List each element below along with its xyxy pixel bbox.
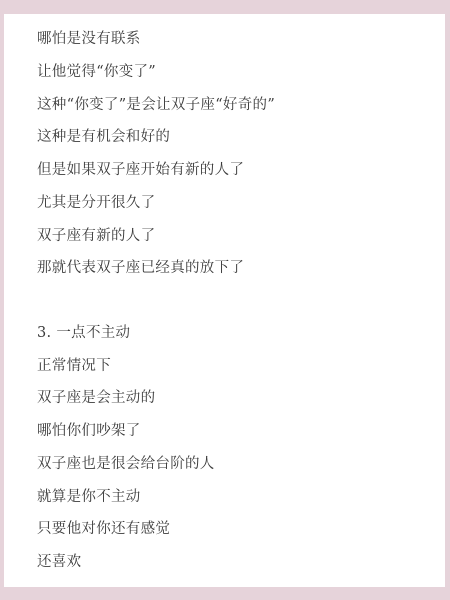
text-card: 哪怕是没有联系 让他觉得“你变了” 这种“你变了”是会让双子座“好奇的” 这种是… — [4, 14, 445, 587]
text-line: 让他觉得“你变了” — [37, 63, 156, 81]
text-line: 这种“你变了”是会让双子座“好奇的” — [37, 96, 275, 114]
text-line: 但是如果双子座开始有新的人了 — [37, 161, 244, 179]
text-line: 哪怕是没有联系 — [37, 30, 141, 48]
section-heading: 3. 一点不主动 — [37, 324, 130, 342]
text-line: 那就代表双子座已经真的放下了 — [37, 259, 244, 277]
text-line: 双子座是会主动的 — [37, 389, 155, 407]
text-line: 这种是有机会和好的 — [37, 128, 170, 146]
text-line: 尤其是分开很久了 — [37, 194, 155, 212]
text-line: 只要他对你还有感觉 — [37, 520, 170, 538]
text-line: 就算是你不主动 — [37, 488, 141, 506]
text-line: 双子座也是很会给台阶的人 — [37, 455, 215, 473]
text-line: 哪怕你们吵架了 — [37, 422, 141, 440]
text-line: 还喜欢 — [37, 553, 81, 571]
text-line: 双子座有新的人了 — [37, 227, 155, 245]
text-line: 正常情况下 — [37, 357, 111, 375]
